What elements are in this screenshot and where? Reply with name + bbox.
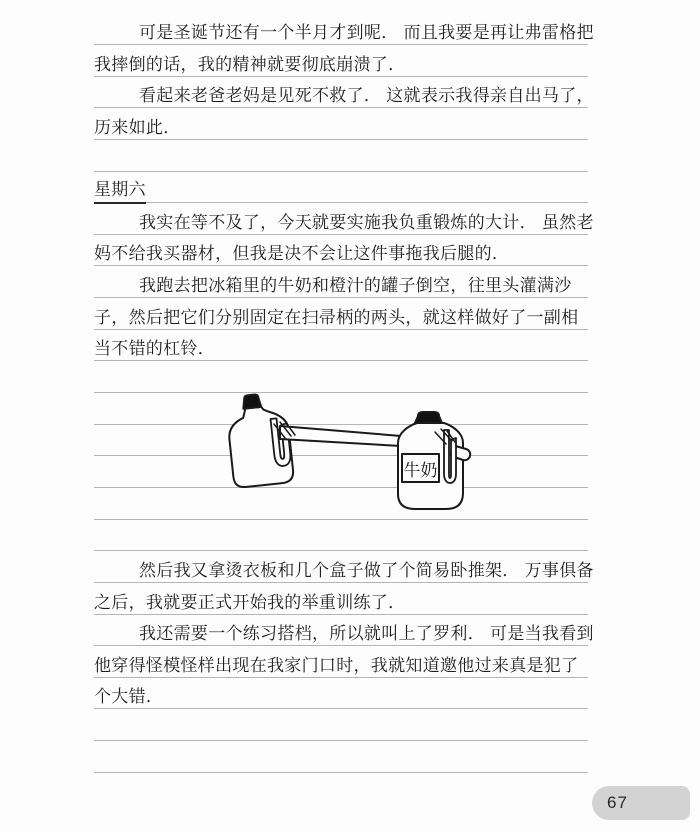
line-text: 个大错． (94, 686, 163, 708)
text-row: 个大错． (94, 677, 588, 709)
line-text: 我实在等不及了，今天就要实施我负重锻炼的大计． 虽然老 (139, 212, 594, 234)
text-row: 我跑去把冰箱里的牛奶和橙汁的罐子倒空，往里头灌满沙 (94, 266, 588, 298)
line-text: 我摔倒的话，我的精神就要彻底崩溃了． (94, 54, 405, 76)
text-row: 我还需要一个练习搭档，所以就叫上了罗利． 可是当我看到 (94, 614, 588, 646)
blank-row (94, 709, 588, 741)
page-number-tab: 67 (592, 786, 690, 820)
milk-label: 牛奶 (404, 461, 438, 480)
text-row: 他穿得怪模怪样出现在我家门口时，我就知道邀他过来真是犯了 (94, 646, 588, 678)
line-text: 之后，我就要正式开始我的举重训练了． (94, 592, 405, 614)
text-row: 我摔倒的话，我的精神就要彻底崩溃了． (94, 45, 588, 77)
text-row: 历来如此． (94, 108, 588, 140)
left-jug-cap (242, 394, 261, 409)
line-text: 可是圣诞节还有一个半月才到呢． 而且我要是再让弗雷格把 (139, 22, 594, 44)
line-text: 我跑去把冰箱里的牛奶和橙汁的罐子倒空，往里头灌满沙 (139, 275, 572, 297)
line-text: 他穿得怪模怪样出现在我家门口时，我就知道邀他过来真是犯了 (94, 655, 578, 677)
blank-row (94, 140, 588, 172)
text-row: 看起来老爸老妈是见死不救了． 这就表示我得亲自出马了， (94, 76, 588, 108)
line-text: 然后我又拿烫衣板和几个盒子做了个简易卧推架． 万事俱备 (139, 560, 594, 582)
text-row: 可是圣诞节还有一个半月才到呢． 而且我要是再让弗雷格把 (94, 13, 588, 45)
blank-row (94, 741, 588, 773)
line-text: 妈不给我买器材，但我是决不会让这件事拖我后腿的． (94, 243, 509, 265)
diary-heading-row: 星期六 (94, 171, 588, 203)
line-text: 当不错的杠铃． (94, 338, 215, 360)
broomstick (280, 426, 401, 446)
line-text: 看起来老爸老妈是见死不救了． 这就表示我得亲自出马了， (139, 85, 594, 107)
book-page: 可是圣诞节还有一个半月才到呢． 而且我要是再让弗雷格把我摔倒的话，我的精神就要彻… (0, 0, 700, 832)
text-row: 子，然后把它们分别固定在扫帚柄的两头，就这样做好了一副相 (94, 298, 588, 330)
jug-barbell-illustration: 牛奶 (222, 388, 477, 560)
line-text: 子，然后把它们分别固定在扫帚柄的两头，就这样做好了一副相 (94, 307, 578, 329)
diary-date-heading: 星期六 (94, 179, 146, 204)
text-row: 当不错的杠铃． (94, 329, 588, 361)
text-row: 妈不给我买器材，但我是决不会让这件事拖我后腿的． (94, 234, 588, 266)
line-text: 历来如此． (94, 117, 181, 139)
text-row: 之后，我就要正式开始我的举重训练了． (94, 583, 588, 615)
right-jug-cap (415, 412, 442, 423)
text-row: 我实在等不及了，今天就要实施我负重锻炼的大计． 虽然老 (94, 203, 588, 235)
page-number: 67 (607, 793, 628, 813)
line-text: 我还需要一个练习搭档，所以就叫上了罗利． 可是当我看到 (139, 623, 594, 645)
